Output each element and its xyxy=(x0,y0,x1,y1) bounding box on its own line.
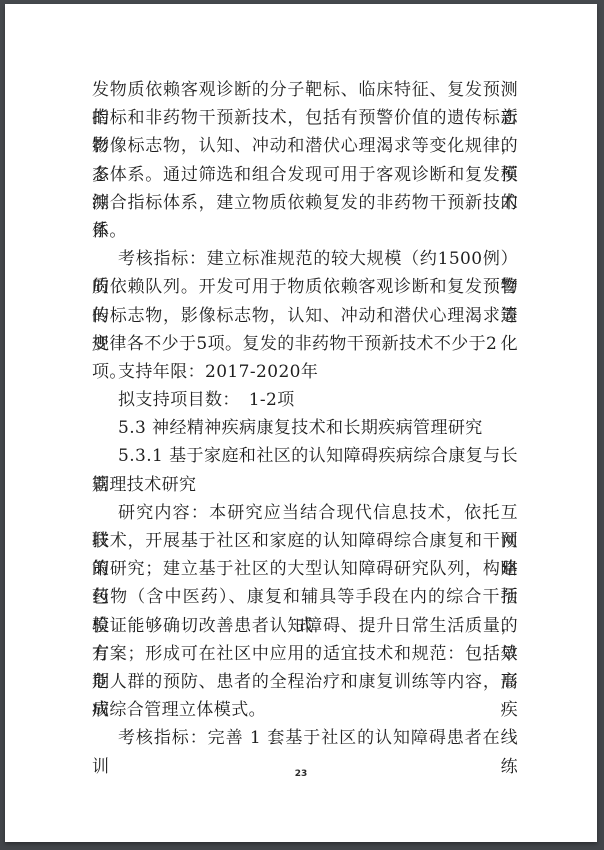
text-line: 影像标志物，认知、冲动和潜伏心理渴求等变化规律的多模 xyxy=(92,132,518,160)
text-line: 方案；形成可在社区中应用的适宜技术和规范：包括早期高 xyxy=(92,640,518,668)
text-line: 综合指标体系，建立物质依赖复发的非药物干预新技术体 xyxy=(92,189,518,217)
document-page: 发物质依赖客观诊断的分子靶标、临床特征、复发预测的新 指标和非药物干预新技术，包… xyxy=(5,4,597,842)
text-line: 发物质依赖客观诊断的分子靶标、临床特征、复发预测的新 xyxy=(92,76,518,104)
section-heading-5-3: 5.3 神经精神疾病康复技术和长期疾病管理研究 xyxy=(92,414,518,442)
text-line: 系。 xyxy=(92,217,518,245)
text-line: 管理技术研究 xyxy=(92,471,518,499)
text-line: 态体系。通过筛选和组合发现可用于客观诊断和复发预测的 xyxy=(92,161,518,189)
text-line: 药物（含中医药）、康复和辅具等手段在内的综合干预模式， xyxy=(92,583,518,611)
page-number: 23 xyxy=(5,769,597,779)
text-line: 质依赖队列。开发可用于物质依赖客观诊断和复发预警的遗 xyxy=(92,273,518,301)
text-block: 发物质依赖客观诊断的分子靶标、临床特征、复发预测的新 指标和非药物干预新技术，包… xyxy=(92,76,518,753)
text-line: 研究内容：本研究应当结合现代信息技术，依托互联网 xyxy=(92,499,518,527)
text-line: 考核指标：完善 1 套基于社区的认知障碍患者在线训练 xyxy=(92,724,518,752)
text-line: 拟支持项目数： 1-2项 xyxy=(92,386,518,414)
text-line: 验证能够确切改善患者认知障碍、提升日常生活质量的有效 xyxy=(92,612,518,640)
text-line: 的研究；建立基于社区的大型认知障碍研究队列，构建包括 xyxy=(92,555,518,583)
text-line: 支持年限：2017-2020年 xyxy=(92,358,518,386)
text-line: 指标和非药物干预新技术，包括有预警价值的遗传标志物， xyxy=(92,104,518,132)
text-line: 技术，开展基于社区和家庭的认知障碍综合康复和干预策略 xyxy=(92,527,518,555)
text-line: 危人群的预防、患者的全程治疗和康复训练等内容，形成疾 xyxy=(92,668,518,696)
viewer-background: 发物质依赖客观诊断的分子靶标、临床特征、复发预测的新 指标和非药物干预新技术，包… xyxy=(0,0,604,850)
text-line: 考核指标：建立标准规范的较大规模（约1500例）的物 xyxy=(92,245,518,273)
text-line: 传标志物，影像标志物，认知、冲动和潜伏心理渴求等变化 xyxy=(92,302,518,330)
text-line: 规律各不少于5项。复发的非药物干预新技术不少于2项。 xyxy=(92,330,518,358)
section-heading-5-3-1: 5.3.1 基于家庭和社区的认知障碍疾病综合康复与长期 xyxy=(92,442,518,470)
